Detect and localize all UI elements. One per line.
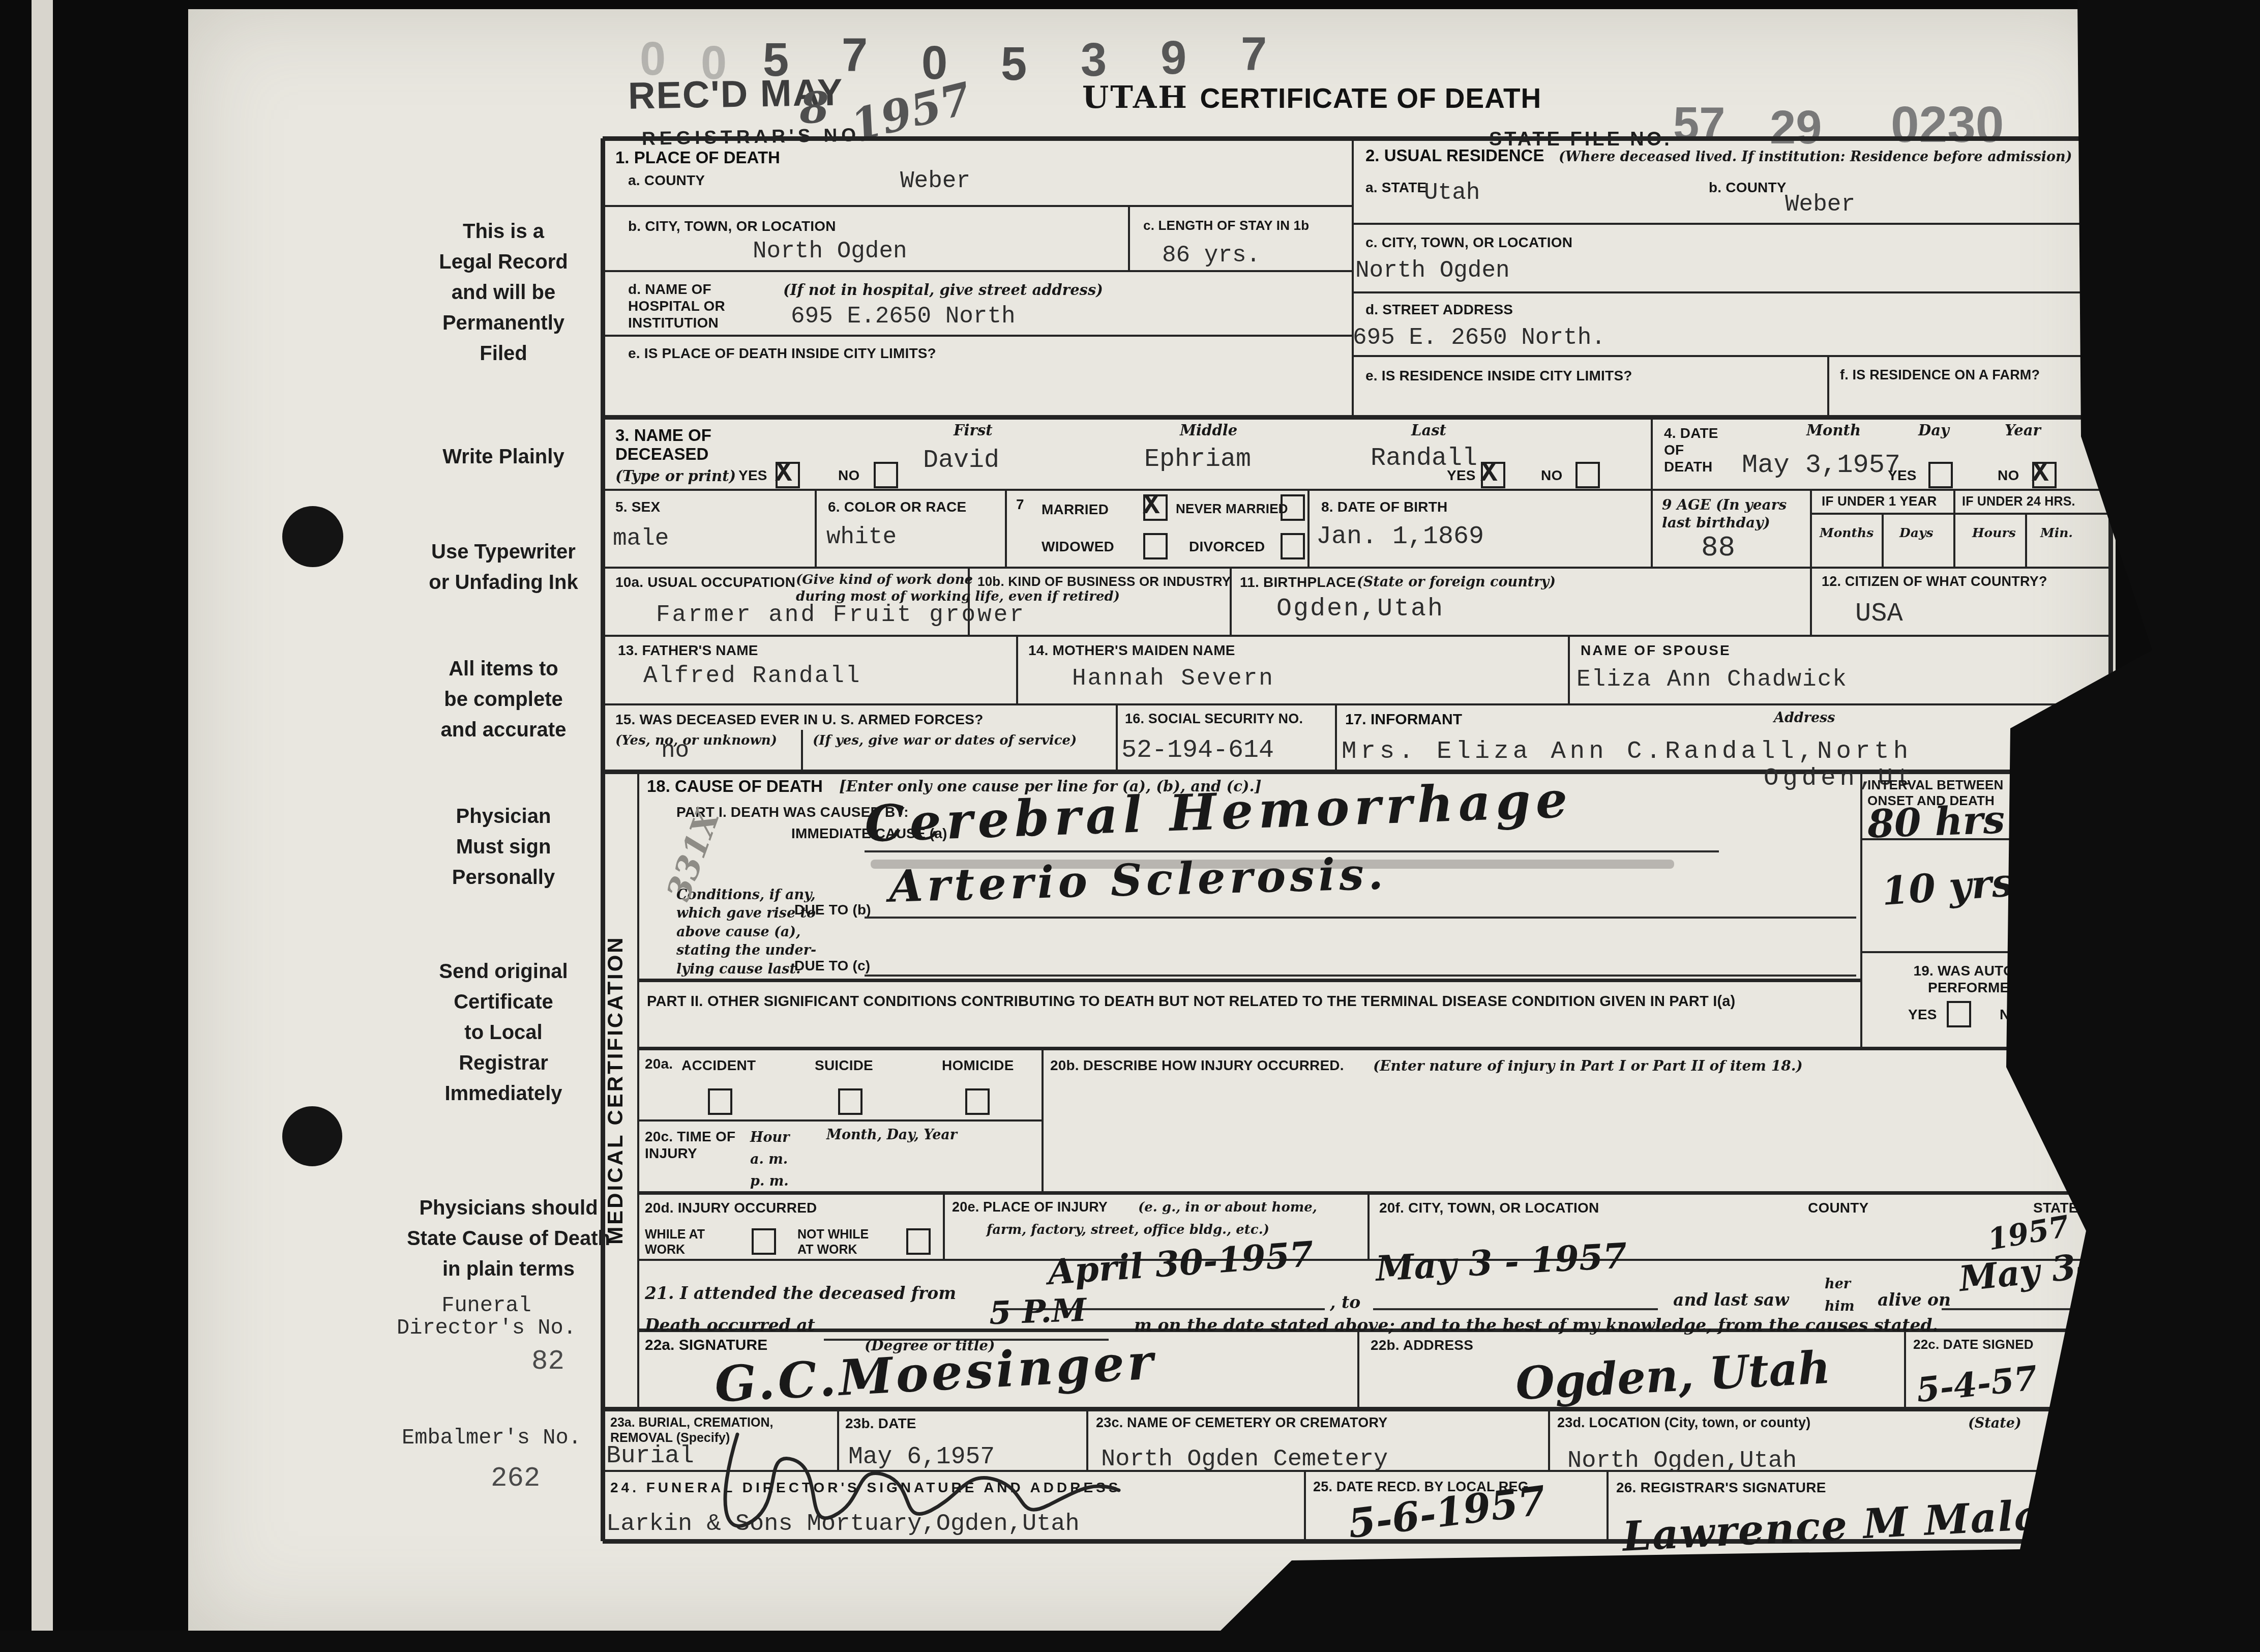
- residence-farm-label: f. IS RESIDENCE ON A FARM?: [1840, 367, 2040, 383]
- place-limits-yes-label: YES: [738, 467, 767, 484]
- interval-a-value: 80 hrs: [1867, 800, 2006, 843]
- medical-certification-strip: MEDICAL CERTIFICATION: [605, 775, 636, 1405]
- min-label: Min.: [2040, 525, 2073, 541]
- hospital-value: 695 E.2650 North: [791, 304, 1016, 329]
- not-while-at-work-checkbox: [906, 1228, 931, 1255]
- burial-location-value: North Ogden,Utah: [1567, 1449, 1797, 1473]
- name-first-value: David: [923, 448, 999, 475]
- date-of-death-value: May 3,1957: [1742, 452, 1900, 480]
- place-of-injury-hint1: (e. g., in or about home,: [1138, 1199, 1317, 1216]
- citizen-label: 12. CITIZEN OF WHAT COUNTRY?: [1822, 574, 2047, 590]
- never-married-checkbox: [1281, 494, 1305, 521]
- suicide-checkbox: [838, 1088, 863, 1115]
- cause-b-line: [865, 917, 1856, 919]
- spouse-label: NAME OF SPOUSE: [1581, 642, 1731, 659]
- due-to-b-value: Arterio Sclerosis.: [888, 852, 1388, 909]
- injury-city-label: 20f. CITY, TOWN, OR LOCATION: [1379, 1199, 1599, 1216]
- place-of-injury-hint2: farm, factory, street, office bldg., etc…: [987, 1222, 1269, 1238]
- ssn-value: 52-194-614: [1121, 737, 1274, 764]
- widowed-checkbox: [1143, 533, 1168, 559]
- married-checkbox: [1143, 494, 1168, 521]
- residence-limits-label: e. IS RESIDENCE INSIDE CITY LIMITS?: [1365, 367, 1632, 384]
- residence-county-value: Weber: [1785, 192, 1855, 217]
- time-of-injury-label: 20c. TIME OF INJURY: [645, 1128, 735, 1162]
- injury-county-label: COUNTY: [1808, 1199, 1868, 1216]
- residence-state-value: Utah: [1424, 181, 1480, 205]
- cause-c-line: [865, 975, 1856, 977]
- signature-label: 22a. SIGNATURE: [645, 1337, 767, 1354]
- place-of-death-title: 1. PLACE OF DEATH: [615, 149, 780, 167]
- death-occurred-pre: Death occurred at: [645, 1315, 815, 1336]
- due-to-b-label: DUE TO (b): [794, 901, 871, 918]
- never-married-label: NEVER MARRIED: [1176, 501, 1288, 517]
- attended-pre: 21. I attended the deceased from: [645, 1283, 956, 1304]
- industry-label: 10b. KIND OF BUSINESS OR INDUSTRY: [977, 574, 1231, 589]
- months-label: Months: [1820, 525, 1874, 541]
- informant-value: Mrs. Eliza Ann C.Randall,North: [1342, 739, 1912, 764]
- accident-num: 20a.: [645, 1055, 673, 1072]
- if-under-24-hrs-label: IF UNDER 24 HRS.: [1962, 494, 2075, 510]
- residence-farm-no-label: NO: [1998, 467, 2019, 484]
- not-while-at-work-label: NOT WHILE AT WORK: [797, 1227, 869, 1257]
- race-value: white: [826, 525, 897, 549]
- registrar-signature-label: 26. REGISTRAR'S SIGNATURE: [1616, 1479, 1826, 1496]
- informant-address-label: Address: [1774, 710, 1835, 727]
- fathers-name-label: 13. FATHER'S NAME: [618, 642, 758, 659]
- part2-label: PART II. OTHER SIGNIFICANT CONDITIONS CO…: [647, 993, 1852, 1010]
- due-to-c-label: DUE TO (c): [794, 957, 870, 974]
- residence-limits-no-checkbox: [1575, 462, 1600, 488]
- cause-of-death-title: 18. CAUSE OF DEATH: [647, 777, 823, 796]
- attended-alive-on: alive on: [1878, 1289, 1951, 1310]
- place-city-label: b. CITY, TOWN, OR LOCATION: [628, 218, 836, 234]
- married-label: MARRIED: [1042, 501, 1109, 518]
- sex-label: 5. SEX: [615, 498, 660, 515]
- fathers-name-value: Alfred Randall: [643, 664, 861, 688]
- injury-occurred-label: 20d. INJURY OCCURRED: [645, 1199, 817, 1216]
- burial-location-state-hint: (State): [1968, 1415, 2021, 1432]
- autopsy-yes-label: YES: [1908, 1006, 1937, 1023]
- dod-day-label: Day: [1918, 421, 1949, 439]
- ssn-label: 16. SOCIAL SECURITY NO.: [1125, 711, 1303, 727]
- days-label: Days: [1899, 525, 1933, 541]
- name-last-value: Randall: [1371, 446, 1477, 473]
- date-of-birth-value: Jan. 1,1869: [1316, 524, 1484, 551]
- armed-forces-hint1: (Yes, no, or unknown): [615, 732, 777, 749]
- residence-city-label: c. CITY, TOWN, OR LOCATION: [1365, 234, 1572, 251]
- residence-farm-no-checkbox: [2032, 462, 2057, 488]
- armed-forces-label: 15. WAS DECEASED EVER IN U. S. ARMED FOR…: [615, 711, 983, 728]
- divorced-label: DIVORCED: [1189, 538, 1265, 555]
- length-of-stay-label: c. LENGTH OF STAY IN 1b: [1143, 218, 1309, 233]
- scanned-death-certificate: This is a Legal Record and will be Perma…: [0, 0, 2260, 1652]
- street-address-label: d. STREET ADDRESS: [1365, 301, 1513, 318]
- attended-her: her: [1825, 1276, 1851, 1293]
- place-limits-yes-checkbox: [776, 462, 800, 488]
- name-last-label: Last: [1411, 421, 1446, 439]
- dod-month-label: Month: [1806, 421, 1861, 439]
- residence-hint: (Where deceased lived. If institution: R…: [1559, 149, 2098, 166]
- residence-county-label: b. COUNTY: [1709, 179, 1787, 196]
- hospital-label: d. NAME OF HOSPITAL OR INSTITUTION: [628, 281, 725, 331]
- age-value: 88: [1701, 533, 1735, 563]
- attended-last-saw: and last saw: [1673, 1289, 1789, 1310]
- hospital-hint: (If not in hospital, give street address…: [783, 281, 1103, 299]
- attended-to-word: , to: [1330, 1292, 1360, 1313]
- while-at-work-label: WHILE AT WORK: [645, 1227, 705, 1257]
- residence-city-value: North Ogden: [1355, 258, 1510, 283]
- interval-b-value: 10 yrs.: [1881, 862, 2028, 911]
- divorced-checkbox: [1281, 533, 1305, 559]
- funeral-director-signature-scribble: [661, 1419, 1322, 1551]
- hours-label: Hours: [1972, 525, 2016, 541]
- age-label: 9 AGE (In years last birthday): [1662, 496, 1787, 532]
- widowed-label: WIDOWED: [1042, 538, 1114, 555]
- name-middle-label: Middle: [1180, 421, 1237, 439]
- date-of-death-label: 4. DATE OF DEATH: [1664, 425, 1718, 475]
- death-occurred-post: m on the date stated above; and to the b…: [1134, 1315, 1938, 1336]
- citizen-value: USA: [1855, 600, 1903, 628]
- residence-state-label: a. STATE: [1365, 179, 1426, 196]
- burial-location-label: 23d. LOCATION (City, town, or county): [1557, 1415, 1810, 1431]
- death-time-value: 5 P.M: [989, 1294, 1087, 1330]
- time-of-injury-mdy: Month, Day, Year: [826, 1127, 957, 1144]
- marital-num: 7: [1016, 496, 1024, 513]
- place-county-label: a. COUNTY: [628, 172, 705, 189]
- sex-value: male: [613, 526, 669, 551]
- armed-forces-hint2: (If yes, give war or dates of service): [813, 732, 1077, 749]
- while-at-work-checkbox: [752, 1228, 776, 1255]
- homicide-checkbox: [965, 1088, 990, 1115]
- homicide-label: HOMICIDE: [942, 1057, 1014, 1074]
- informant-label: 17. INFORMANT: [1345, 711, 1462, 728]
- armed-forces-value: no: [661, 739, 689, 763]
- race-label: 6. COLOR OR RACE: [828, 498, 966, 515]
- name-middle-value: Ephriam: [1144, 447, 1251, 474]
- occupation-label: 10a. USUAL OCCUPATION: [615, 574, 795, 591]
- residence-title: 2. USUAL RESIDENCE: [1365, 146, 1544, 165]
- suicide-label: SUICIDE: [815, 1057, 873, 1074]
- place-limits-no-checkbox: [874, 462, 898, 488]
- place-of-injury-label: 20e. PLACE OF INJURY: [952, 1199, 1108, 1216]
- date-of-birth-label: 8. DATE OF BIRTH: [1321, 498, 1447, 515]
- time-of-injury-hour: Hour a. m. p. m.: [750, 1127, 789, 1193]
- date-signed-label: 22c. DATE SIGNED: [1913, 1337, 2034, 1352]
- attended-to-line: [1373, 1308, 1658, 1310]
- residence-limits-yes-checkbox: [1481, 462, 1505, 488]
- length-of-stay-value: 86 yrs.: [1162, 243, 1260, 268]
- place-city-limits-label: e. IS PLACE OF DEATH INSIDE CITY LIMITS?: [628, 345, 936, 362]
- accident-checkbox: [708, 1088, 732, 1115]
- name-first-label: First: [954, 421, 993, 439]
- street-address-value: 695 E. 2650 North.: [1353, 326, 1605, 350]
- describe-injury-hint: (Enter nature of injury in Part I or Par…: [1373, 1057, 1803, 1075]
- signature-address-label: 22b. ADDRESS: [1371, 1337, 1473, 1353]
- birthplace-value: Ogden,Utah: [1276, 596, 1444, 623]
- place-limits-no-label: NO: [838, 467, 859, 484]
- name-of-deceased-title: 3. NAME OF DECEASED: [615, 426, 711, 464]
- place-city-value: North Ogden: [753, 239, 907, 263]
- birthplace-hint: (State or foreign country): [1357, 574, 1556, 591]
- mothers-name-label: 14. MOTHER'S MAIDEN NAME: [1028, 642, 1235, 659]
- spouse-value: Eliza Ann Chadwick: [1577, 667, 1848, 692]
- name-type-hint: (Type or print): [615, 467, 736, 485]
- if-under-1-year-label: IF UNDER 1 YEAR: [1822, 493, 1937, 509]
- residence-farm-yes-checkbox: [1928, 462, 1953, 488]
- autopsy-yes-checkbox: [1947, 1001, 1971, 1027]
- mothers-name-value: Hannah Severn: [1072, 666, 1274, 691]
- dod-year-label: Year: [2005, 421, 2041, 439]
- place-county-value: Weber: [900, 169, 970, 193]
- birthplace-label: 11. BIRTHPLACE: [1240, 574, 1356, 591]
- occupation-value: Farmer and Fruit grower: [656, 603, 1026, 627]
- accident-label: ACCIDENT: [681, 1057, 756, 1074]
- describe-injury-label: 20b. DESCRIBE HOW INJURY OCCURRED.: [1050, 1057, 1344, 1074]
- attended-him: him: [1825, 1298, 1854, 1315]
- residence-limits-no-label: NO: [1541, 467, 1562, 484]
